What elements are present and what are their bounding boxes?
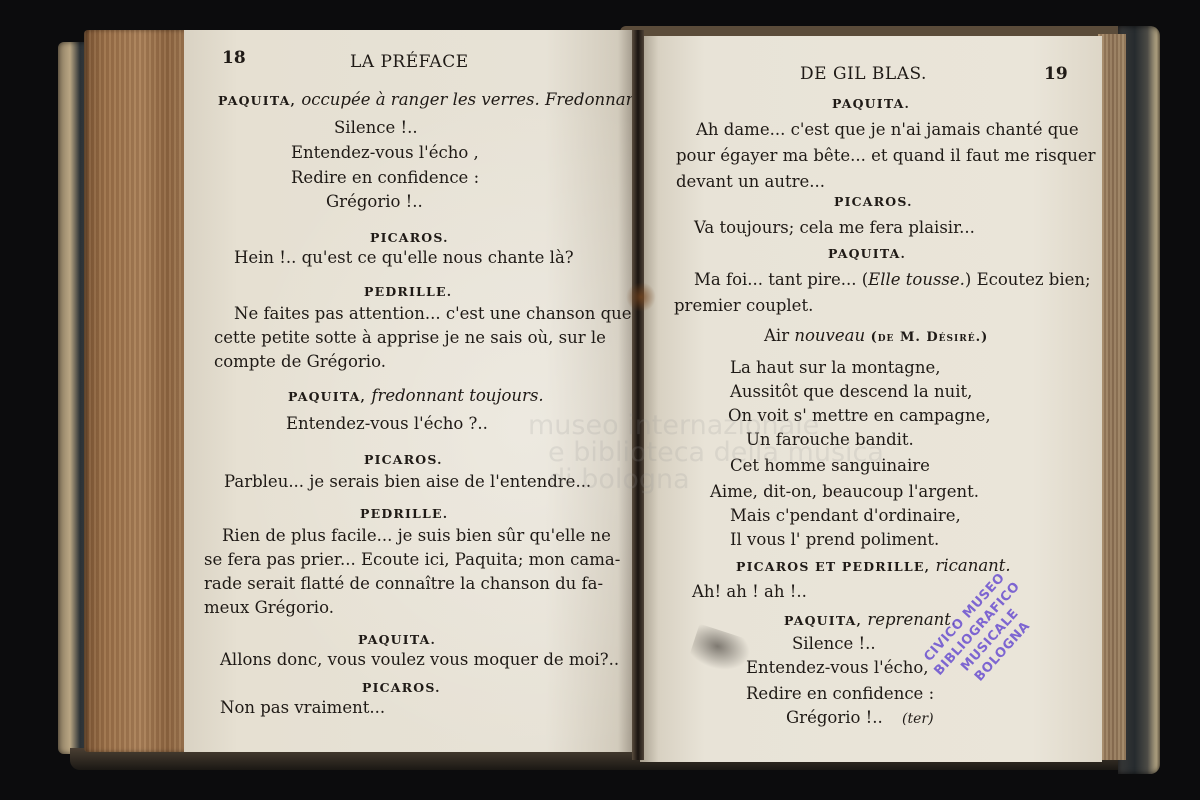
speaker-name: PAQUITA. [832, 98, 910, 111]
dialogue-text: Ma foi... tant pire... ( [694, 270, 868, 289]
stage-direction: PAQUITA, fredonnant toujours. [288, 388, 544, 405]
page-number: 18 [222, 48, 246, 68]
speaker-name: PAQUITA, [784, 613, 862, 628]
book-gutter [632, 30, 644, 760]
speaker-name: PICAROS. [834, 196, 913, 209]
verse-text: Grégorio !.. [786, 708, 883, 727]
dialogue-line: Ah! ah ! ah !.. [692, 584, 807, 601]
speaker-name: PEDRILLE. [364, 286, 452, 299]
running-head: DE GIL BLAS. [800, 64, 927, 84]
dialogue-line: Ne faites pas attention... c'est une cha… [234, 306, 602, 323]
foxing-stain [626, 282, 656, 312]
dialogue-line: compte de Grégorio. [214, 354, 386, 371]
dialogue-line: Ma foi... tant pire... (Elle tousse.) Ec… [694, 272, 1091, 289]
composer: (de M. Désiré.) [865, 330, 988, 345]
verse-line: Entendez-vous l'écho , [291, 145, 479, 162]
air-label: Air [764, 326, 794, 345]
dialogue-line: Va toujours; cela me fera plaisir... [694, 220, 975, 237]
dialogue-line: meux Grégorio. [204, 600, 334, 617]
verse-line: Grégorio !.. [326, 194, 423, 211]
page-edges-left [84, 30, 188, 752]
dialogue-line: devant un autre... [676, 174, 825, 191]
direction-text: Elle tousse. [868, 270, 965, 289]
dialogue-text: ) Ecoutez bien; [965, 270, 1091, 289]
watermark-line: di bologna [548, 464, 690, 495]
dialogue-line: Ah dame... c'est que je n'ai jamais chan… [696, 122, 1060, 139]
dialogue-line: Hein !.. qu'est ce qu'elle nous chante l… [234, 250, 574, 267]
direction-text: reprenant. [867, 610, 956, 629]
stage-direction: PAQUITA, occupée à ranger les verres. Fr… [218, 92, 648, 109]
speaker-name: PAQUITA. [358, 634, 436, 647]
watermark: museo internazionale e biblioteca della … [528, 412, 884, 493]
dialogue-line: cette petite sotte à apprise je ne sais … [214, 330, 602, 347]
page-number: 19 [1044, 64, 1068, 84]
speaker-name: PAQUITA, [288, 389, 366, 404]
verse-line: Mais c'pendant d'ordinaire, [730, 508, 961, 525]
verse-line: Silence !.. [334, 120, 418, 137]
dialogue-line: Allons donc, vous voulez vous moquer de … [220, 652, 619, 669]
direction-text: occupée à ranger les verres. Fredonnant. [301, 90, 648, 109]
page-edges-right [1098, 34, 1126, 760]
book-photograph: 18 LA PRÉFACE PAQUITA, occupée à ranger … [0, 0, 1200, 800]
dialogue-line: premier couplet. [674, 298, 813, 315]
verse-line: Grégorio !.. (ter) [786, 710, 934, 727]
dialogue-line: Rien de plus facile... je suis bien sûr … [222, 528, 592, 545]
verse-line: La haut sur la montagne, [730, 360, 940, 377]
speaker-name: PICAROS. [370, 232, 449, 245]
dialogue-line: pour égayer ma bête... et quand il faut … [676, 148, 1060, 165]
speaker-name: PAQUITA. [828, 248, 906, 261]
speaker-name: PEDRILLE. [360, 508, 448, 521]
speaker-name: PAQUITA, [218, 93, 296, 108]
stage-direction: PAQUITA, reprenant. [784, 612, 956, 629]
speaker-name: PICAROS ET PEDRILLE, [736, 559, 930, 574]
verse-line: Il vous l' prend poliment. [730, 532, 939, 549]
running-head: LA PRÉFACE [350, 52, 469, 72]
air-name: nouveau [794, 326, 865, 345]
dialogue-line: rade serait flatté de connaître la chans… [204, 576, 592, 593]
verse-line: Entendez-vous l'écho ?.. [286, 416, 488, 433]
direction-text: fredonnant toujours. [371, 386, 543, 405]
verse-line: Aussitôt que descend la nuit, [730, 384, 972, 401]
verse-line: Redire en confidence : [291, 170, 479, 187]
verse-line: Silence !.. [792, 636, 876, 653]
air-title: Air nouveau (de M. Désiré.) [764, 328, 988, 345]
dialogue-line: Non pas vraiment... [220, 700, 385, 717]
dialogue-line: se fera pas prier... Ecoute ici, Paquita… [204, 552, 592, 569]
left-page: 18 LA PRÉFACE PAQUITA, occupée à ranger … [184, 30, 636, 752]
speaker-name: PICAROS. [362, 682, 441, 695]
stage-direction: PICAROS ET PEDRILLE, ricanant. [736, 558, 1011, 575]
speaker-name: PICAROS. [364, 454, 443, 467]
